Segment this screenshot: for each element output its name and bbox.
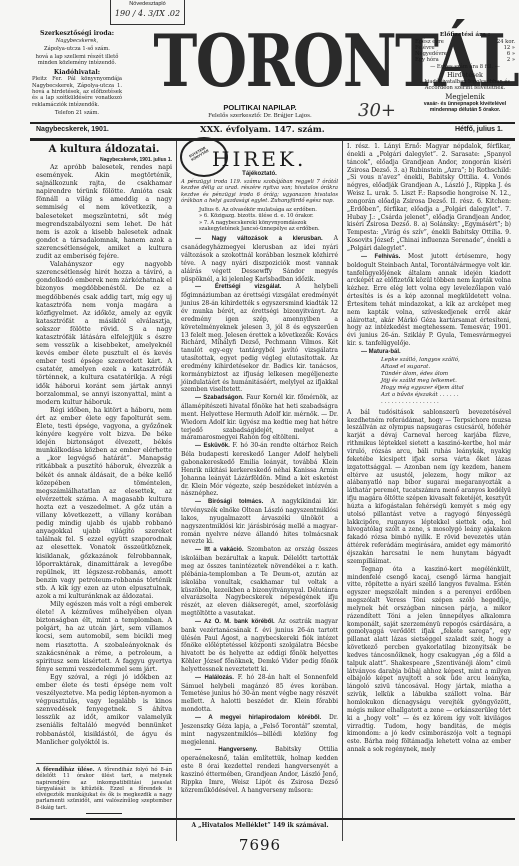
bottom-rule xyxy=(30,818,515,820)
news-item: — Érettségi vizsgálat. A helybeli főgimn… xyxy=(181,283,338,394)
subscription-box: Előfizetési ára : Egész évre24 kor. Félé… xyxy=(415,32,515,113)
ball-heading: — Matura-bál. xyxy=(347,348,511,357)
news-section-title: HIREK. xyxy=(212,147,306,171)
ball-poem: Lepke szálló, langyos szálló, Altasd el … xyxy=(381,357,511,406)
article-headline: A kultura áldozatai. xyxy=(36,143,172,157)
ads-text: a kiadóhivatalban legolcsóbban és Accord… xyxy=(415,79,515,92)
news-title: — Birósági tolmács. xyxy=(195,499,263,505)
article-paragraph: Egy szóval, a régi jó időkben az ember é… xyxy=(36,674,172,747)
article-end-rule xyxy=(36,763,172,764)
news-item: — Hangverseny. Babitsky Ottilia operaéne… xyxy=(181,746,338,794)
article-paragraph: Mily egészen más volt a régi emberek éle… xyxy=(36,601,172,674)
dateline-issue: XXX. évfolyam. 147. szám. xyxy=(200,125,325,135)
news-title: — Esküvők. xyxy=(195,443,230,449)
left-column: A kultura áldozatai. Nagybecskerek, 1901… xyxy=(36,143,172,747)
news-title: — Hangverseny. xyxy=(195,747,257,753)
ball-paragraph: Tegnap óta a kaszinó-kert megélénkült, m… xyxy=(347,566,511,754)
editorial-office-title: Szerkesztőségi iroda: xyxy=(32,31,122,38)
price-label: Egy hóra xyxy=(415,57,439,63)
concert-program-text: I. rész. 1. Lányi Ernő: Magyar népdalok,… xyxy=(347,143,511,253)
editorial-office-box: Szerkesztőségi iroda: Nagybecskerek, Záp… xyxy=(32,31,122,116)
publisher-office-text: Pleitz Fer. Pál könyvnyomdája Nagybecske… xyxy=(32,76,122,107)
news-title: — Halálozás. xyxy=(195,675,234,681)
news-item: — Esküvők. F. hó 30-án rendte oltárhoz R… xyxy=(181,442,338,498)
subscription-price-list: Egész évre24 kor. Félévre12 » Negyedévre… xyxy=(415,39,515,64)
supplement-note: A „Hivatalos Melléklet” 149 ik számával. xyxy=(180,822,340,829)
notice-title: — Felhivás. xyxy=(361,254,400,260)
news-item: — Szabadságon. Faur Kornél kir. főmérnök… xyxy=(181,394,338,442)
dateline-rule xyxy=(30,138,515,141)
middle-column: Tájékoztató. A pénzügyi iroda 119. számu… xyxy=(181,170,338,794)
column-divider-right xyxy=(342,141,343,841)
news-item: — Birósági tolmács. A nagykikindai kir. … xyxy=(181,498,338,546)
news-title: — Érettségi vizsgálat. xyxy=(195,284,281,290)
poem-line: Altasd el sugarat. xyxy=(381,364,511,371)
column-divider-left xyxy=(176,141,177,841)
article-paragraph: Valahányszor egy nagyobb szerencsétlensé… xyxy=(36,261,172,407)
ball-report: A bál tudósitások sablonszerü bevezetésé… xyxy=(347,409,511,754)
news-item: — Az O. M. bank köréből. Az osztrák magy… xyxy=(181,618,338,674)
editorial-office-note: hová a lap szellemi részét illető minden… xyxy=(32,54,122,67)
newspaper-page: Növedesztapló 190 / 4. 3/IX .02 Szerkesz… xyxy=(0,0,519,866)
telephone-number: Telefon 21 szám. xyxy=(32,110,122,116)
article-dateline: Nagybecskerek, 1901. julius 1. xyxy=(36,157,172,164)
short-rule xyxy=(86,813,122,814)
article-paragraph: Régi időben, ha kitört a háboru, nem ért… xyxy=(36,407,172,601)
upper-house-text: A főrendiház folyó hó 8-án délelőtt 11 ó… xyxy=(36,767,172,811)
notice-text: Most jutott értésemre, hogy boldogult St… xyxy=(347,253,511,347)
masthead-title: TORONTÁL xyxy=(153,22,366,100)
masthead-subtitle: POLITIKAI NAPILAP. xyxy=(200,103,320,112)
news-text: Az osztrák magyar bank vezértanácsának f… xyxy=(181,618,338,673)
subscription-title: Előfizetési ára : xyxy=(415,32,515,39)
upper-house-notice: A főrendiház ülése. A főrendiház folyó h… xyxy=(36,767,172,811)
news-text: A helybeli főgimnáziumban az érettségi v… xyxy=(181,283,338,393)
registry-stamp-label: Növedesztapló xyxy=(111,0,184,8)
handwritten-note: 30+ xyxy=(358,100,396,121)
article-body: Az apróbb balesetek, rendes napi esemény… xyxy=(36,164,172,747)
price-value: 2 » xyxy=(507,57,515,63)
news-text: Faur Kornél kir. főmérnök, az államépité… xyxy=(181,394,338,441)
news-text: Szombaton az ország összes iskoláiban be… xyxy=(181,546,338,617)
news-text: F. hó 30-án rendte oltárhoz Reich Béla b… xyxy=(181,442,338,497)
info-title: Tájékoztató. xyxy=(181,170,338,179)
ball-paragraph: A bál tudósitások sablonszerü bevezetésé… xyxy=(347,409,511,566)
news-list: — Nagy változások a klerusban. A csanáde… xyxy=(181,235,338,794)
ball-title: — Matura-bál. xyxy=(361,349,401,355)
news-title: — Itt a vakáció. xyxy=(195,547,244,553)
poem-line: Lepke szálló, langyos szálló, xyxy=(381,357,511,364)
news-item: — A megyei hirlapirodalom köréből. Dr. J… xyxy=(181,714,338,746)
poem-line: Azt a bűvös éjszakát . . . . . . xyxy=(381,392,511,399)
news-title: — A megyei hirlapirodalom köréből. xyxy=(195,715,321,721)
events-list: Julius 6. Az olvasókör mulatsága az erdő… xyxy=(199,207,338,232)
dateline-day: Hétfő, julius 1. xyxy=(455,126,503,133)
news-text: A csanádegyházmegyei klerusban az idei n… xyxy=(181,235,338,282)
page-number: 7696 xyxy=(220,836,300,854)
publication-title: Megjelenik xyxy=(415,94,515,101)
editorial-office-address: Zápolya-utcza 1-ső szám. xyxy=(32,46,122,52)
masthead-rule xyxy=(30,122,515,124)
news-title: — Nagy változások a klerusban. xyxy=(195,236,323,242)
ads-title: Hirdetések xyxy=(415,72,515,79)
notice-item: — Felhivás. Most jutott értésemre, hogy … xyxy=(347,253,511,348)
dateline-place: Nagybecskerek, 1901. xyxy=(36,126,109,133)
concert-program: I. rész. 1. Lányi Ernő: Magyar népdalok,… xyxy=(347,143,511,357)
poem-line: Jöjj és szálld meg lelkemet. xyxy=(381,378,511,385)
news-text: Babitsky Ottilia operaénekesnő, talán em… xyxy=(181,746,338,793)
info-text: A pénzügyi iroda 119. számu szobájában r… xyxy=(181,179,338,204)
event-item: » 7. A nagybecskereki könyvnyomdászok sz… xyxy=(199,220,338,233)
article-paragraph: Az apróbb balesetek, rendes napi esemény… xyxy=(36,164,172,261)
single-issue-price: — Egyes szám ára 8 fill. — xyxy=(415,64,515,70)
poem-line: Tündér álom, édes álom xyxy=(381,371,511,378)
news-item: — Halálozás. F. hó 28-án halt el Sonnenf… xyxy=(181,674,338,714)
news-item: — Itt a vakáció. Szombaton az ország öss… xyxy=(181,546,338,618)
news-title: — Szabadságon. xyxy=(195,395,244,401)
publication-text: vasár- és ünnepnapok kivételével mindenn… xyxy=(415,101,515,114)
right-column: I. rész. 1. Lányi Ernő: Magyar népdalok,… xyxy=(347,143,511,754)
news-title: — Az O. M. bank köréből. xyxy=(195,619,275,625)
masthead-editor: Felelős szerkesztő: Dr. Brájjer Lajos. xyxy=(190,113,330,120)
editorial-office-location: Nagybecskerek, xyxy=(32,38,122,44)
poem-line: Hogy még egyszer éljem által xyxy=(381,385,511,392)
news-item: — Nagy változások a klerusban. A csanáde… xyxy=(181,235,338,283)
news-text: A nagykikindai kir. törvényszék elnöke O… xyxy=(181,498,338,545)
poem-line: . . . . . . . . . . . . . . . . . xyxy=(381,399,511,406)
